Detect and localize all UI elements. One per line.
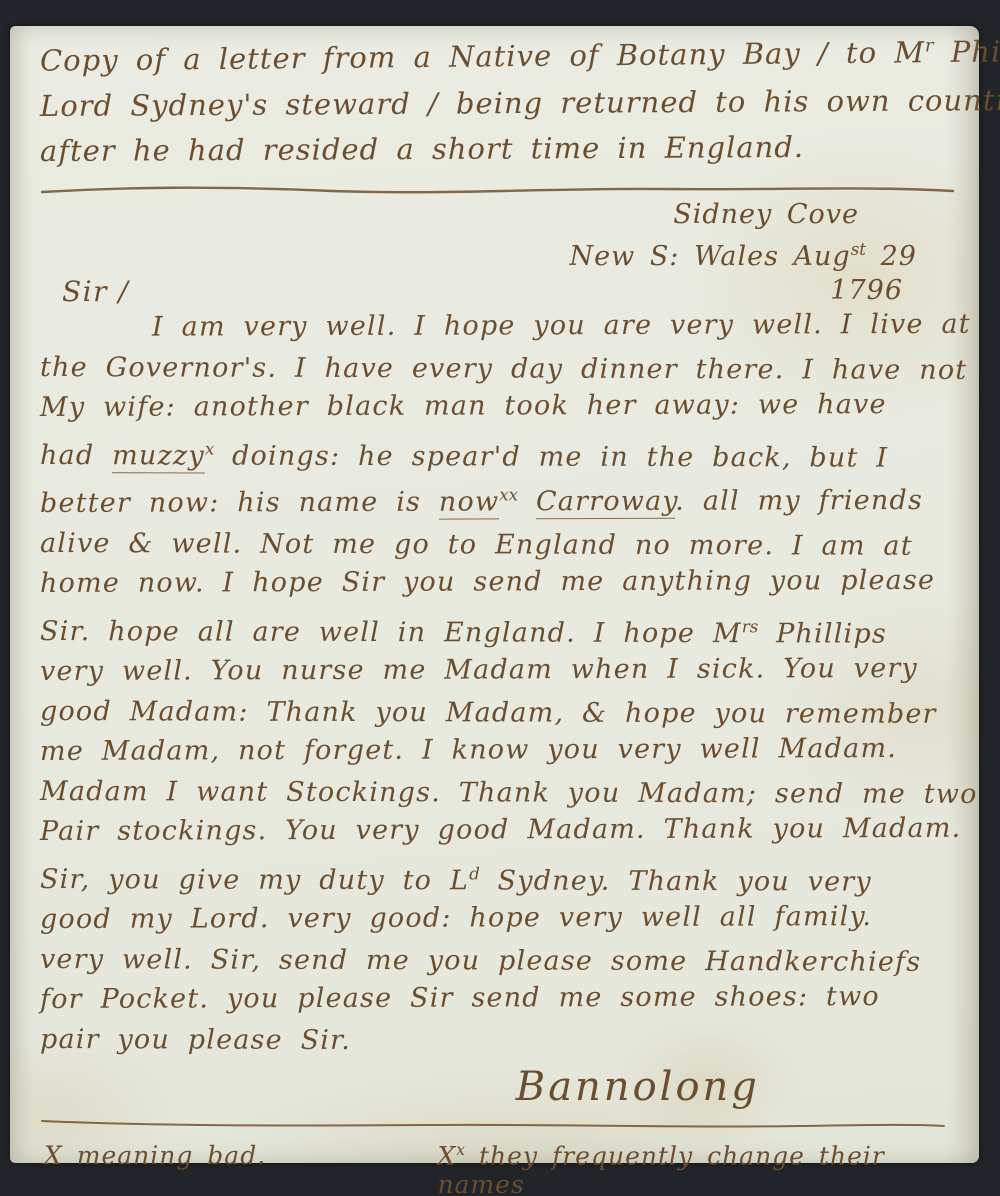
text-line: Sir. hope all are well in England. I hop…	[40, 604, 955, 655]
text-line: pair you please Sir.	[40, 1020, 955, 1063]
text-line: home now. I hope Sir you send me anythin…	[40, 560, 955, 603]
header-note: Copy of a letter from a Native of Botany…	[40, 32, 955, 174]
text-line: Pair stockings. You very good Madam. Tha…	[40, 808, 955, 851]
text-line: me Madam, not forget. I know you very we…	[40, 728, 955, 771]
scan-background: { "colors": { "background": "#212429", "…	[0, 0, 1000, 1196]
text-line: after he had resided a short time in Eng…	[40, 124, 955, 174]
bottom-rule-divider	[40, 1116, 946, 1129]
text-line: I am very well. I hope you are very well…	[40, 304, 955, 347]
text-line: for Pocket. you please Sir send me some …	[40, 976, 955, 1019]
text-line: very well. Sir, send me you please some …	[40, 940, 955, 983]
text-line: Sir, you give my duty to Ld Sydney. Than…	[40, 852, 955, 903]
text-line: good my Lord. very good: hope very well …	[40, 896, 955, 939]
footnotes: X meaning bad. Xx they frequently change…	[40, 1141, 955, 1196]
top-rule-divider	[40, 183, 955, 196]
footnote-meaning-bad: X meaning bad.	[44, 1141, 437, 1196]
text-line: alive & well. Not me go to England no mo…	[40, 524, 955, 567]
letter-page: Copy of a letter from a Native of Botany…	[10, 26, 979, 1163]
text-line: better now: his name is nowxx Carroway. …	[40, 472, 955, 523]
letter-body: I am very well. I hope you are very well…	[40, 308, 955, 1060]
text-line: very well. You nurse me Madam when I sic…	[40, 648, 955, 691]
text-line: the Governor's. I have every day dinner …	[40, 348, 955, 391]
text-line: had muzzyx doings: he spear'd me in the …	[40, 428, 955, 479]
signature-text: Bannolong	[516, 1064, 760, 1110]
salutation-text: Sir /	[62, 275, 129, 308]
text-line: Copy of a letter from a Native of Botany…	[40, 23, 955, 83]
text-line: Lord Sydney's steward / being returned t…	[40, 78, 955, 129]
signature: Bannolong	[516, 1064, 955, 1114]
footnote-change-names: Xx they frequently change their names	[437, 1141, 955, 1196]
text-line: Madam I want Stockings. Thank you Madam;…	[40, 772, 955, 815]
text-line: My wife: another black man took her away…	[40, 384, 955, 427]
text-line: good Madam: Thank you Madam, & hope you …	[40, 692, 955, 735]
